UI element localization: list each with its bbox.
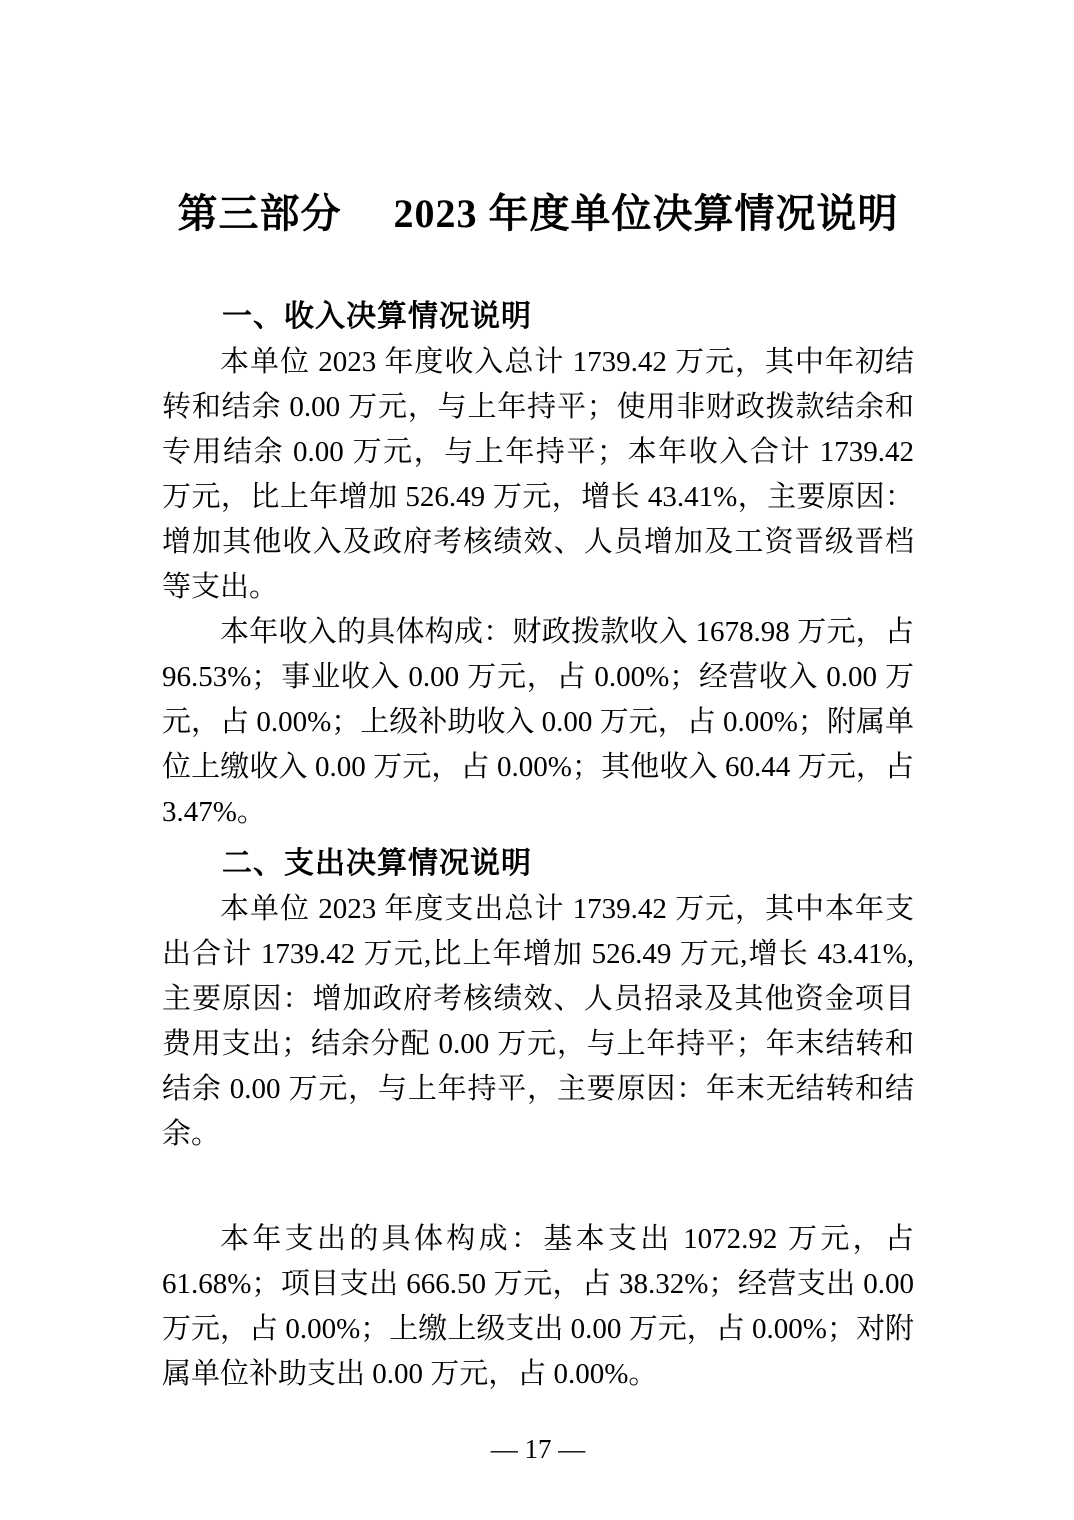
- section-heading-expenditure: 二、支出决算情况说明: [162, 841, 914, 887]
- page-number: — 17 —: [162, 1429, 914, 1469]
- page: 第三部分 2023 年度单位决算情况说明 一、收入决算情况说明 本单位 2023…: [0, 0, 1074, 1520]
- paragraph-income-summary: 本单位 2023 年度收入总计 1739.42 万元，其中年初结转和结余 0.0…: [162, 340, 914, 610]
- document-title: 第三部分 2023 年度单位决算情况说明: [162, 188, 914, 240]
- paragraph-expenditure-summary: 本单位 2023 年度支出总计 1739.42 万元，其中本年支出合计 1739…: [162, 887, 914, 1157]
- section-heading-income: 一、收入决算情况说明: [162, 294, 914, 340]
- paragraph-income-composition: 本年收入的具体构成：财政拨款收入 1678.98 万元，占 96.53%；事业收…: [162, 610, 914, 835]
- paragraph-expenditure-composition: 本年支出的具体构成：基本支出 1072.92 万元，占 61.68%；项目支出 …: [162, 1217, 914, 1397]
